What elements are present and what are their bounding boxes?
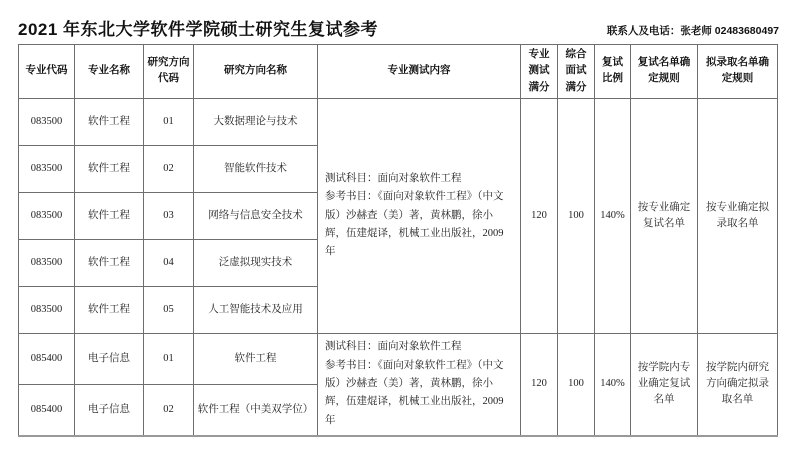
cell-ratio: 140% <box>595 333 631 436</box>
reference-book-line: 参考书目：《面向对象软件工程》（中文版）沙赫查（美）著，黄林鹏，徐小辉，伍建焜译… <box>325 357 513 431</box>
cell-direction-name: 人工智能技术及应用 <box>194 286 318 333</box>
reference-book-line: 参考书目：《面向对象软件工程》（中文版）沙赫查（美）著，黄林鹏，徐小辉，伍建焜译… <box>325 188 513 262</box>
cell-direction-name: 泛虚拟现实技术 <box>194 239 318 286</box>
cell-direction-code: 01 <box>144 98 194 145</box>
cell-major-code: 083500 <box>19 192 75 239</box>
cell-test-full-score: 120 <box>521 333 558 436</box>
table-body: 083500 软件工程 01 大数据理论与技术 测试科目：面向对象软件工程 参考… <box>19 98 778 436</box>
cell-test-full-score: 120 <box>521 98 558 333</box>
cell-major-name: 软件工程 <box>75 192 144 239</box>
cell-admission-rule: 按专业确定拟录取名单 <box>698 98 778 333</box>
test-subject-line: 测试科目：面向对象软件工程 <box>325 338 513 356</box>
cell-major-code: 085400 <box>19 333 75 384</box>
cell-test-content: 测试科目：面向对象软件工程 参考书目：《面向对象软件工程》（中文版）沙赫查（美）… <box>318 98 521 333</box>
cell-ratio: 140% <box>595 98 631 333</box>
table-row: 083500 软件工程 01 大数据理论与技术 测试科目：面向对象软件工程 参考… <box>19 98 778 145</box>
cell-interview-full-score: 100 <box>558 333 595 436</box>
cell-interview-full-score: 100 <box>558 98 595 333</box>
cell-direction-name: 智能软件技术 <box>194 145 318 192</box>
page-title: 2021 年东北大学软件学院硕士研究生复试参考 <box>18 15 378 40</box>
cell-major-name: 电子信息 <box>75 333 144 384</box>
cell-direction-name: 大数据理论与技术 <box>194 98 318 145</box>
cell-major-name: 软件工程 <box>75 239 144 286</box>
cell-major-code: 083500 <box>19 286 75 333</box>
header-shortlist-rule: 复试名单确定规则 <box>631 45 698 99</box>
cell-direction-code: 05 <box>144 286 194 333</box>
cell-direction-code: 04 <box>144 239 194 286</box>
header-major-code: 专业代码 <box>19 45 75 99</box>
cell-major-code: 083500 <box>19 145 75 192</box>
header-direction-code: 研究方向代码 <box>144 45 194 99</box>
test-subject-line: 测试科目：面向对象软件工程 <box>325 170 513 188</box>
header-interview-full-score: 综合面试满分 <box>558 45 595 99</box>
header-direction-name: 研究方向名称 <box>194 45 318 99</box>
cell-direction-name: 软件工程 <box>194 333 318 384</box>
cell-admission-rule: 按学院内研究方向确定拟录取名单 <box>698 333 778 436</box>
cell-shortlist-rule: 按专业确定复试名单 <box>631 98 698 333</box>
cell-shortlist-rule: 按学院内专业确定复试名单 <box>631 333 698 436</box>
header-row: 专业代码 专业名称 研究方向代码 研究方向名称 专业测试内容 专业测试满分 综合… <box>19 45 778 99</box>
cell-direction-code: 01 <box>144 333 194 384</box>
table-row: 085400 电子信息 01 软件工程 测试科目：面向对象软件工程 参考书目：《… <box>19 333 778 384</box>
title-bar: 2021 年东北大学软件学院硕士研究生复试参考 联系人及电话：张老师 02483… <box>18 10 779 40</box>
header-test-content: 专业测试内容 <box>318 45 521 99</box>
admission-reference-table: 专业代码 专业名称 研究方向代码 研究方向名称 专业测试内容 专业测试满分 综合… <box>18 44 778 437</box>
cell-direction-name: 软件工程（中美双学位） <box>194 384 318 436</box>
cell-major-name: 软件工程 <box>75 145 144 192</box>
header-admission-rule: 拟录取名单确定规则 <box>698 45 778 99</box>
cell-direction-code: 03 <box>144 192 194 239</box>
cell-major-name: 软件工程 <box>75 286 144 333</box>
table-header: 专业代码 专业名称 研究方向代码 研究方向名称 专业测试内容 专业测试满分 综合… <box>19 45 778 99</box>
document-page: 2021 年东北大学软件学院硕士研究生复试参考 联系人及电话：张老师 02483… <box>0 0 799 458</box>
cell-major-name: 电子信息 <box>75 384 144 436</box>
cell-direction-code: 02 <box>144 384 194 436</box>
header-test-full-score: 专业测试满分 <box>521 45 558 99</box>
cell-major-code: 085400 <box>19 384 75 436</box>
cell-test-content: 测试科目：面向对象软件工程 参考书目：《面向对象软件工程》（中文版）沙赫查（美）… <box>318 333 521 436</box>
cell-direction-code: 02 <box>144 145 194 192</box>
header-major-name: 专业名称 <box>75 45 144 99</box>
cell-major-code: 083500 <box>19 239 75 286</box>
cell-direction-name: 网络与信息安全技术 <box>194 192 318 239</box>
cell-major-code: 083500 <box>19 98 75 145</box>
contact-info: 联系人及电话：张老师 02483680497 <box>607 23 779 40</box>
header-ratio: 复试比例 <box>595 45 631 99</box>
cell-major-name: 软件工程 <box>75 98 144 145</box>
